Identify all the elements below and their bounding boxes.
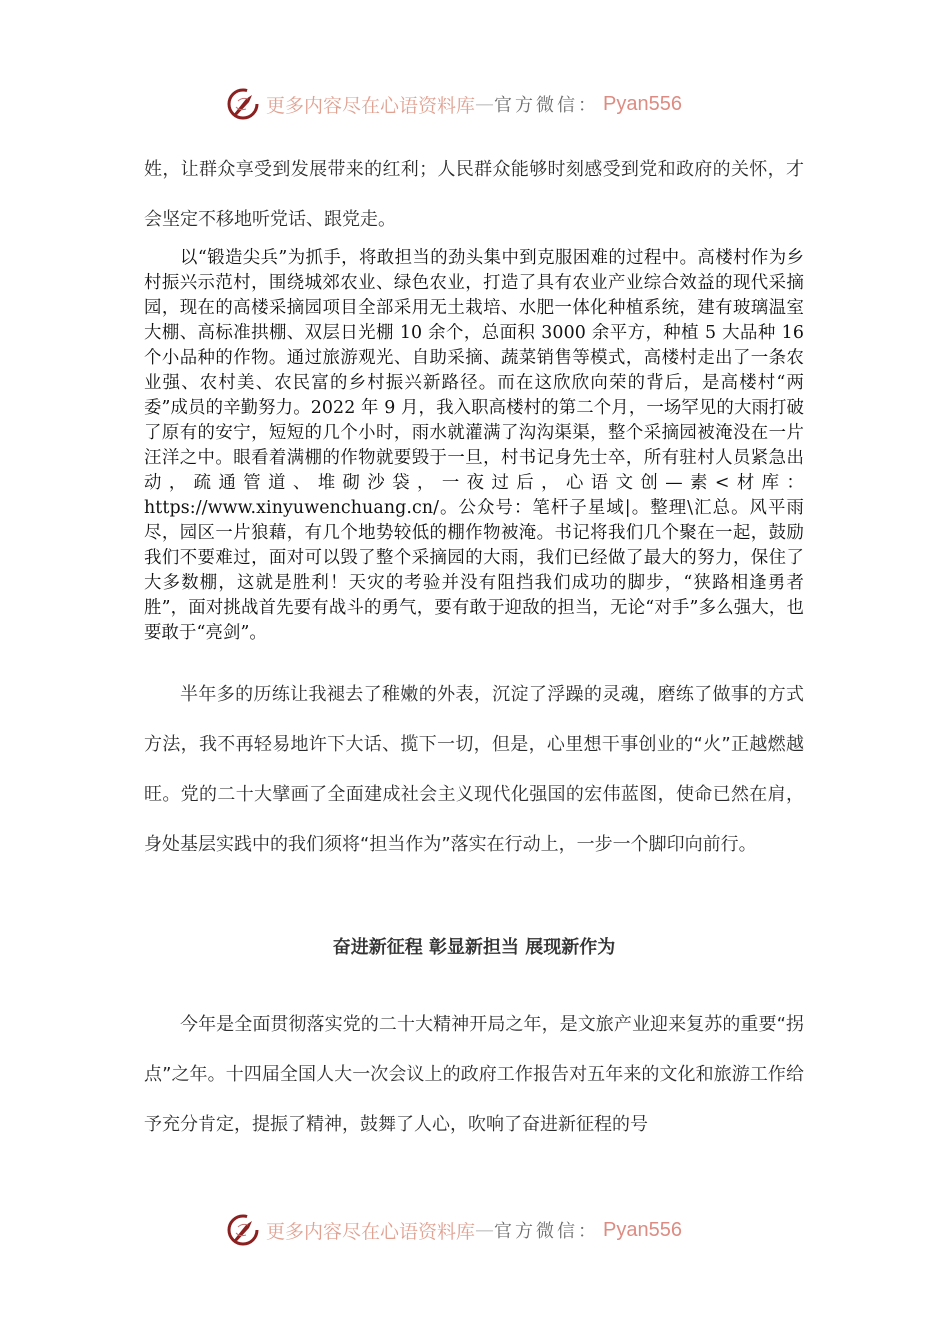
watermark-wechat-id: Pyan556 (603, 93, 682, 116)
quill-pen-logo-icon (226, 87, 260, 121)
watermark-banner-top: 更多内容尽在心语资料库 — 官方微信： Pyan556 (226, 84, 682, 124)
watermark-banner-bottom: 更多内容尽在心语资料库 — 官方微信： Pyan556 (226, 1210, 682, 1250)
watermark-wechat-id: Pyan556 (603, 1219, 682, 1242)
quill-pen-logo-icon (226, 1213, 260, 1247)
paragraph-1: 姓，让群众享受到发展带来的红利；人民群众能够时刻感受到党和政府的关怀，才会坚定不… (144, 145, 804, 245)
watermark-main-text: 更多内容尽在心语资料库 (266, 1217, 475, 1244)
watermark-dash: — (475, 93, 494, 115)
paragraph-2: 以“锻造尖兵”为抓手，将敢担当的劲头集中到克服困难的过程中。高楼村作为乡村振兴示… (144, 246, 804, 646)
watermark-wechat-label: 官方微信： (494, 1217, 599, 1243)
watermark-dash: — (475, 1219, 494, 1241)
paragraph-3: 半年多的历练让我褪去了稚嫩的外表，沉淀了浮躁的灵魂，磨练了做事的方式方法，我不再… (144, 670, 804, 870)
watermark-main-text: 更多内容尽在心语资料库 (266, 91, 475, 118)
watermark-wechat-label: 官方微信： (494, 91, 599, 117)
section-heading: 奋进新征程 彰显新担当 展现新作为 (144, 933, 804, 959)
paragraph-4: 今年是全面贯彻落实党的二十大精神开局之年，是文旅产业迎来复苏的重要“拐点”之年。… (144, 1000, 804, 1150)
